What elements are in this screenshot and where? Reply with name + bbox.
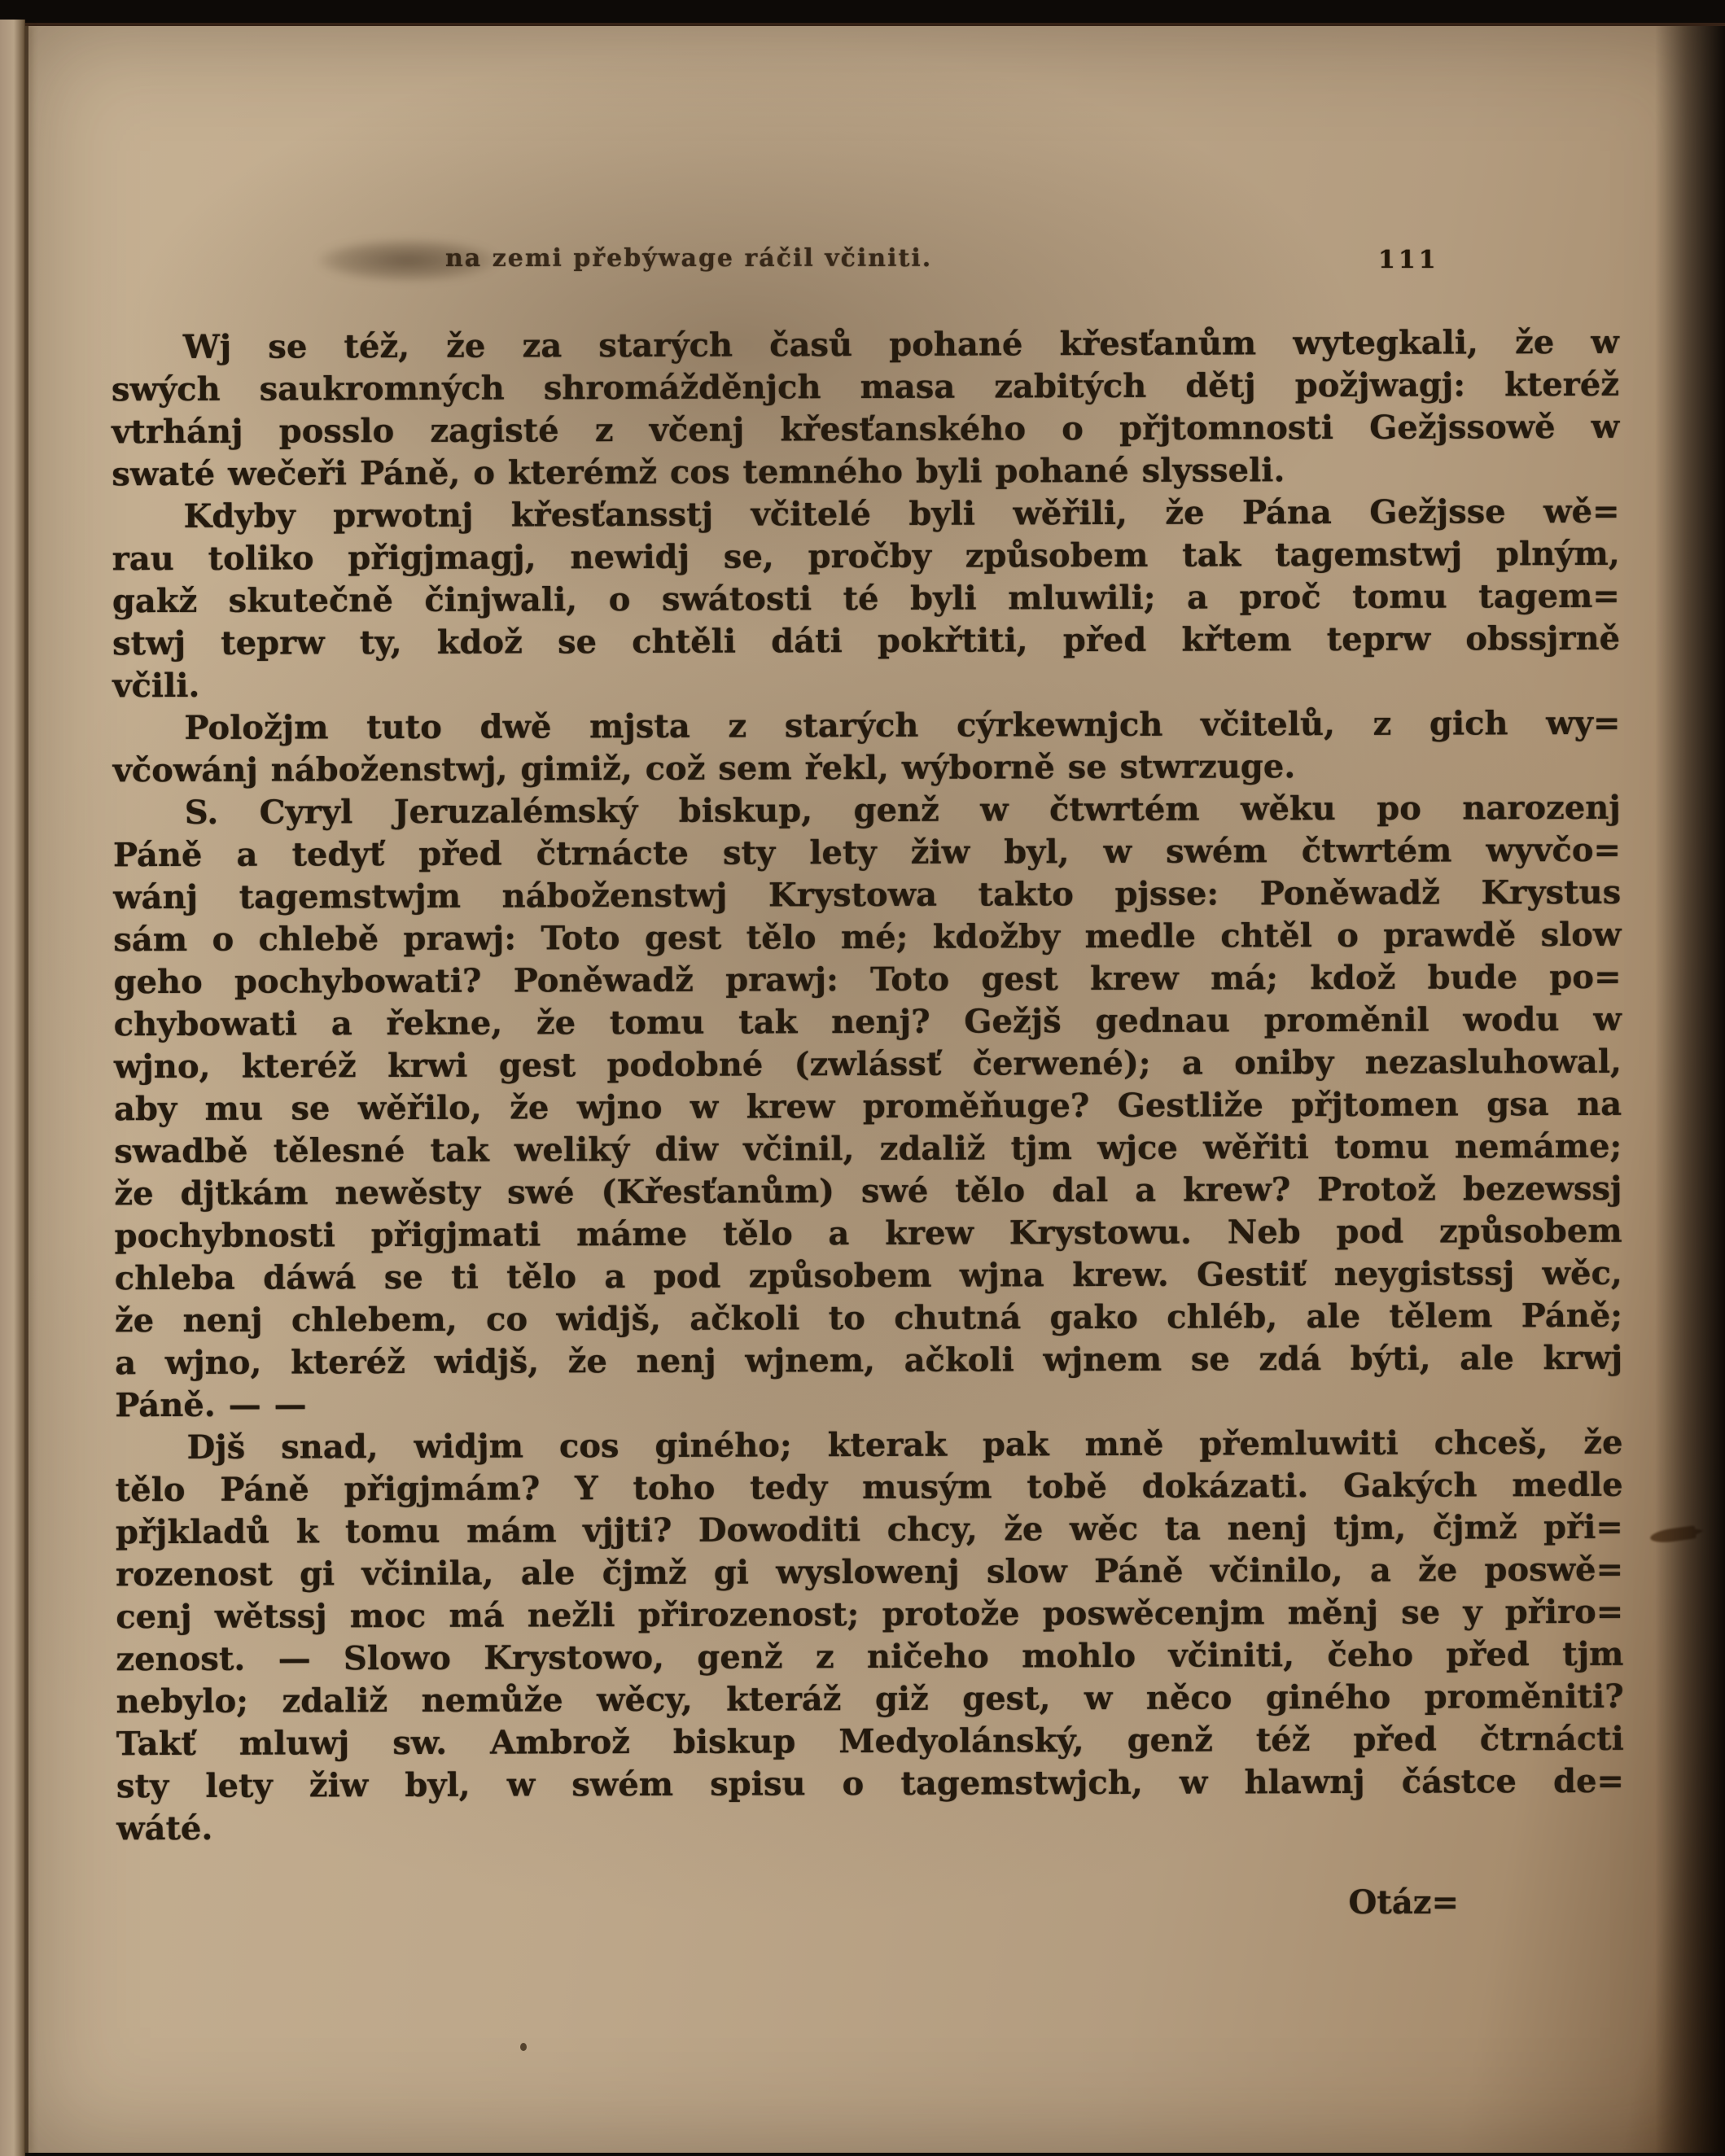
text-line: Djš snad, widjm cos giného; kterak pak m…: [115, 1422, 1622, 1469]
text-line: Kdyby prwotnj křesťansstj včitelé byli w…: [112, 491, 1619, 538]
text-line: přjkladů k tomu mám vjjti? Dowoditi chcy…: [116, 1507, 1623, 1554]
text-line: Páně a tedyť před čtrnácte sty lety žiw …: [113, 829, 1621, 877]
text-line: wáté.: [116, 1803, 1624, 1850]
page-crease: [25, 26, 28, 2153]
scanned-book-photo: na zemi přebýwage ráčil včiniti. 111 Wj …: [0, 0, 1725, 2156]
text-line: Páně. — —: [115, 1380, 1622, 1427]
text-line: swých saukromných shromážděnjch masa zab…: [112, 364, 1619, 411]
running-title: na zemi přebýwage ráčil včiniti.: [445, 244, 932, 273]
book-gutter-edge: [0, 20, 25, 2156]
text-line: rozenost gi včinila, ale čjmž gi wyslowe…: [116, 1549, 1623, 1596]
text-line: že djtkám newěsty swé (Křesťanům) swé tě…: [114, 1168, 1622, 1215]
text-line: swaté wečeři Páně, o kterémž cos temného…: [112, 448, 1619, 496]
catchword: Otáz=: [114, 1883, 1622, 1922]
text-line: rau toliko přigjmagj, newidj se, pročby …: [112, 533, 1620, 580]
page-number: 111: [1378, 246, 1439, 274]
text-line: Položjm tuto dwě mjsta z starých cýrkewn…: [112, 702, 1620, 750]
text-line: pochybnosti přigjmati máme tělo a krew K…: [115, 1210, 1622, 1257]
text-line: wjno, kteréž krwi gest podobné (zwlássť …: [114, 1041, 1622, 1088]
text-line: swadbě tělesné tak weliký diw včinil, zd…: [114, 1126, 1622, 1173]
text-line: S. Cyryl Jeruzalémský biskup, genž w čtw…: [113, 787, 1621, 834]
text-line: Takť mluwj sw. Ambrož biskup Medyolánský…: [116, 1718, 1624, 1765]
page-header: na zemi přebýwage ráčil včiniti. 111: [25, 244, 1725, 282]
text-line: a wjno, kteréž widjš, že nenj wjnem, ačk…: [115, 1337, 1622, 1384]
paper-speck: [520, 2043, 527, 2051]
text-line: chybowati a řekne, že tomu tak nenj? Gež…: [114, 999, 1622, 1046]
text-line: vtrhánj posslo zagisté z včenj křesťansk…: [112, 406, 1619, 453]
book-page: na zemi přebýwage ráčil včiniti. 111 Wj …: [25, 23, 1725, 2153]
text-line: cenj wětssj moc má nežli přirozenost; pr…: [116, 1591, 1623, 1638]
text-line: zenost. — Slowo Krystowo, genž z ničeho …: [116, 1633, 1623, 1681]
text-line: sám o chlebě prawj: Toto gest tělo mé; k…: [113, 914, 1621, 961]
text-line: včowánj náboženstwj, gimiž, což sem řekl…: [113, 745, 1621, 792]
margin-ink-mark: [1649, 1525, 1697, 1545]
text-line: včili.: [112, 660, 1620, 707]
text-line: sty lety žiw byl, w swém spisu o tagemst…: [116, 1760, 1624, 1808]
text-block: Wj se též, že za starých časů pohané kře…: [112, 321, 1625, 1850]
text-line: Wj se též, že za starých časů pohané kře…: [112, 321, 1619, 369]
text-line: wánj tagemstwjm náboženstwj Krystowa tak…: [113, 872, 1621, 919]
text-line: geho pochybowati? Poněwadž prawj: Toto g…: [113, 956, 1621, 1004]
text-line: gakž skutečně činjwali, o swátosti té by…: [112, 575, 1620, 623]
text-line: aby mu se wěřilo, že wjno w krew proměňu…: [114, 1083, 1622, 1130]
text-line: nebylo; zdaliž nemůže wěcy, kteráž giž g…: [116, 1676, 1624, 1723]
text-line: že nenj chlebem, co widjš, ačkoli to chu…: [115, 1295, 1622, 1342]
text-line: chleba dáwá se ti tělo a pod způsobem wj…: [115, 1253, 1622, 1300]
text-line: tělo Páně přigjmám? Y toho tedy musým to…: [116, 1464, 1623, 1511]
text-line: stwj teprw ty, kdož se chtěli dáti pokřt…: [112, 618, 1620, 665]
